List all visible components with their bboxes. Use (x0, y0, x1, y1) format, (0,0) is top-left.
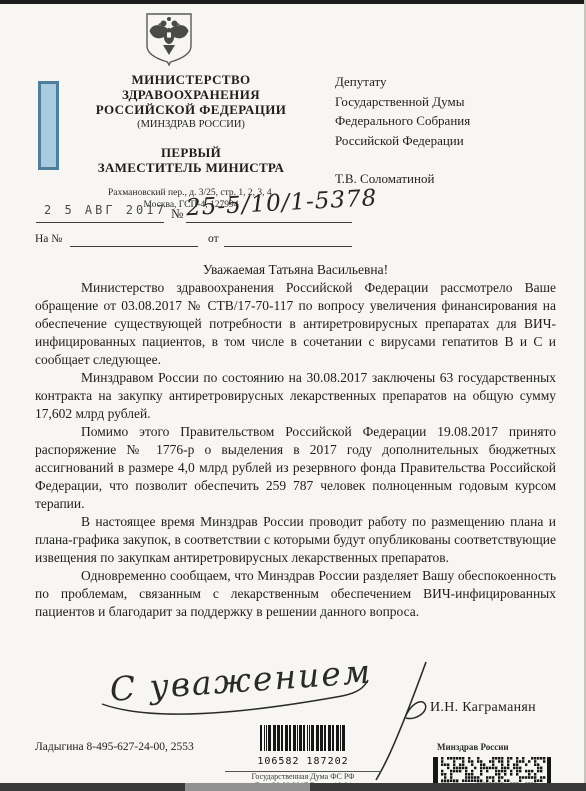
ministry-name-line: МИНИСТЕРСТВО (58, 72, 324, 87)
ref-number-underline (70, 246, 198, 247)
salutation: Уважаемая Татьяна Васильевна! (35, 261, 556, 279)
paragraph: В настоящее время Минздрав России провод… (35, 513, 556, 567)
ministry-stamp-label: Минздрав России (437, 742, 509, 752)
paragraph: Помимо этого Правительством Российской Ф… (35, 423, 556, 513)
coat-of-arms-icon (143, 11, 195, 66)
recipient-block: Депутату Государственной Думы Федерально… (335, 72, 565, 189)
signer-name: И.Н. Каграманян (430, 700, 536, 716)
official-title-line: ПЕРВЫЙ (58, 145, 324, 160)
scan-edge-bottom-light (185, 783, 310, 791)
recipient-line: Федерального Собрания (335, 111, 565, 131)
ref-from-underline (224, 246, 352, 247)
closing-text: С уважением (109, 652, 374, 709)
recipient-name: Т.В. Соломатиной (335, 169, 565, 189)
executor-contact: Ладыгина 8-495-627-24-00, 2553 (35, 741, 194, 753)
paragraph: Минздравом России по состоянию на 30.08.… (35, 369, 556, 423)
scan-edge-top (0, 0, 586, 4)
number-label: № (171, 206, 183, 222)
scanned-letter-page: МИНИСТЕРСТВО ЗДРАВООХРАНЕНИЯ РОССИЙСКОЙ … (0, 0, 586, 791)
barcode-2d (433, 757, 553, 783)
barcode-1d (225, 725, 381, 751)
paragraph: Министерство здравоохранения Российской … (35, 279, 556, 369)
handwritten-closing: С уважением (92, 652, 382, 720)
duma-registration-stamp: 106582 187202 Государственная Дума ФС РФ… (225, 725, 381, 791)
recipient-line: Российской Федерации (335, 131, 565, 151)
ministry-name-line: ЗДРАВООХРАНЕНИЯ (58, 87, 324, 102)
blue-highlight-mark (38, 81, 59, 170)
recipient-line: Государственной Думы (335, 92, 565, 112)
ref-number-label: На № (35, 233, 62, 245)
number-underline (186, 222, 352, 223)
ministry-short-name: (МИНЗДРАВ РОССИИ) (58, 119, 324, 130)
ministry-name-line: РОССИЙСКОЙ ФЕДЕРАЦИИ (58, 102, 324, 117)
ref-from-label: от (208, 233, 219, 245)
letter-body: Уважаемая Татьяна Васильевна! Министерст… (35, 261, 556, 621)
date-underline (36, 222, 164, 223)
date-stamp: 2 5 АВГ 2017 (44, 203, 167, 217)
recipient-line: Депутату (335, 72, 565, 92)
barcode-number: 106582 187202 (254, 756, 351, 767)
official-title-line: ЗАМЕСТИТЕЛЬ МИНИСТРА (58, 160, 324, 175)
paragraph: Одновременно сообщаем, что Минздрав Росс… (35, 567, 556, 621)
